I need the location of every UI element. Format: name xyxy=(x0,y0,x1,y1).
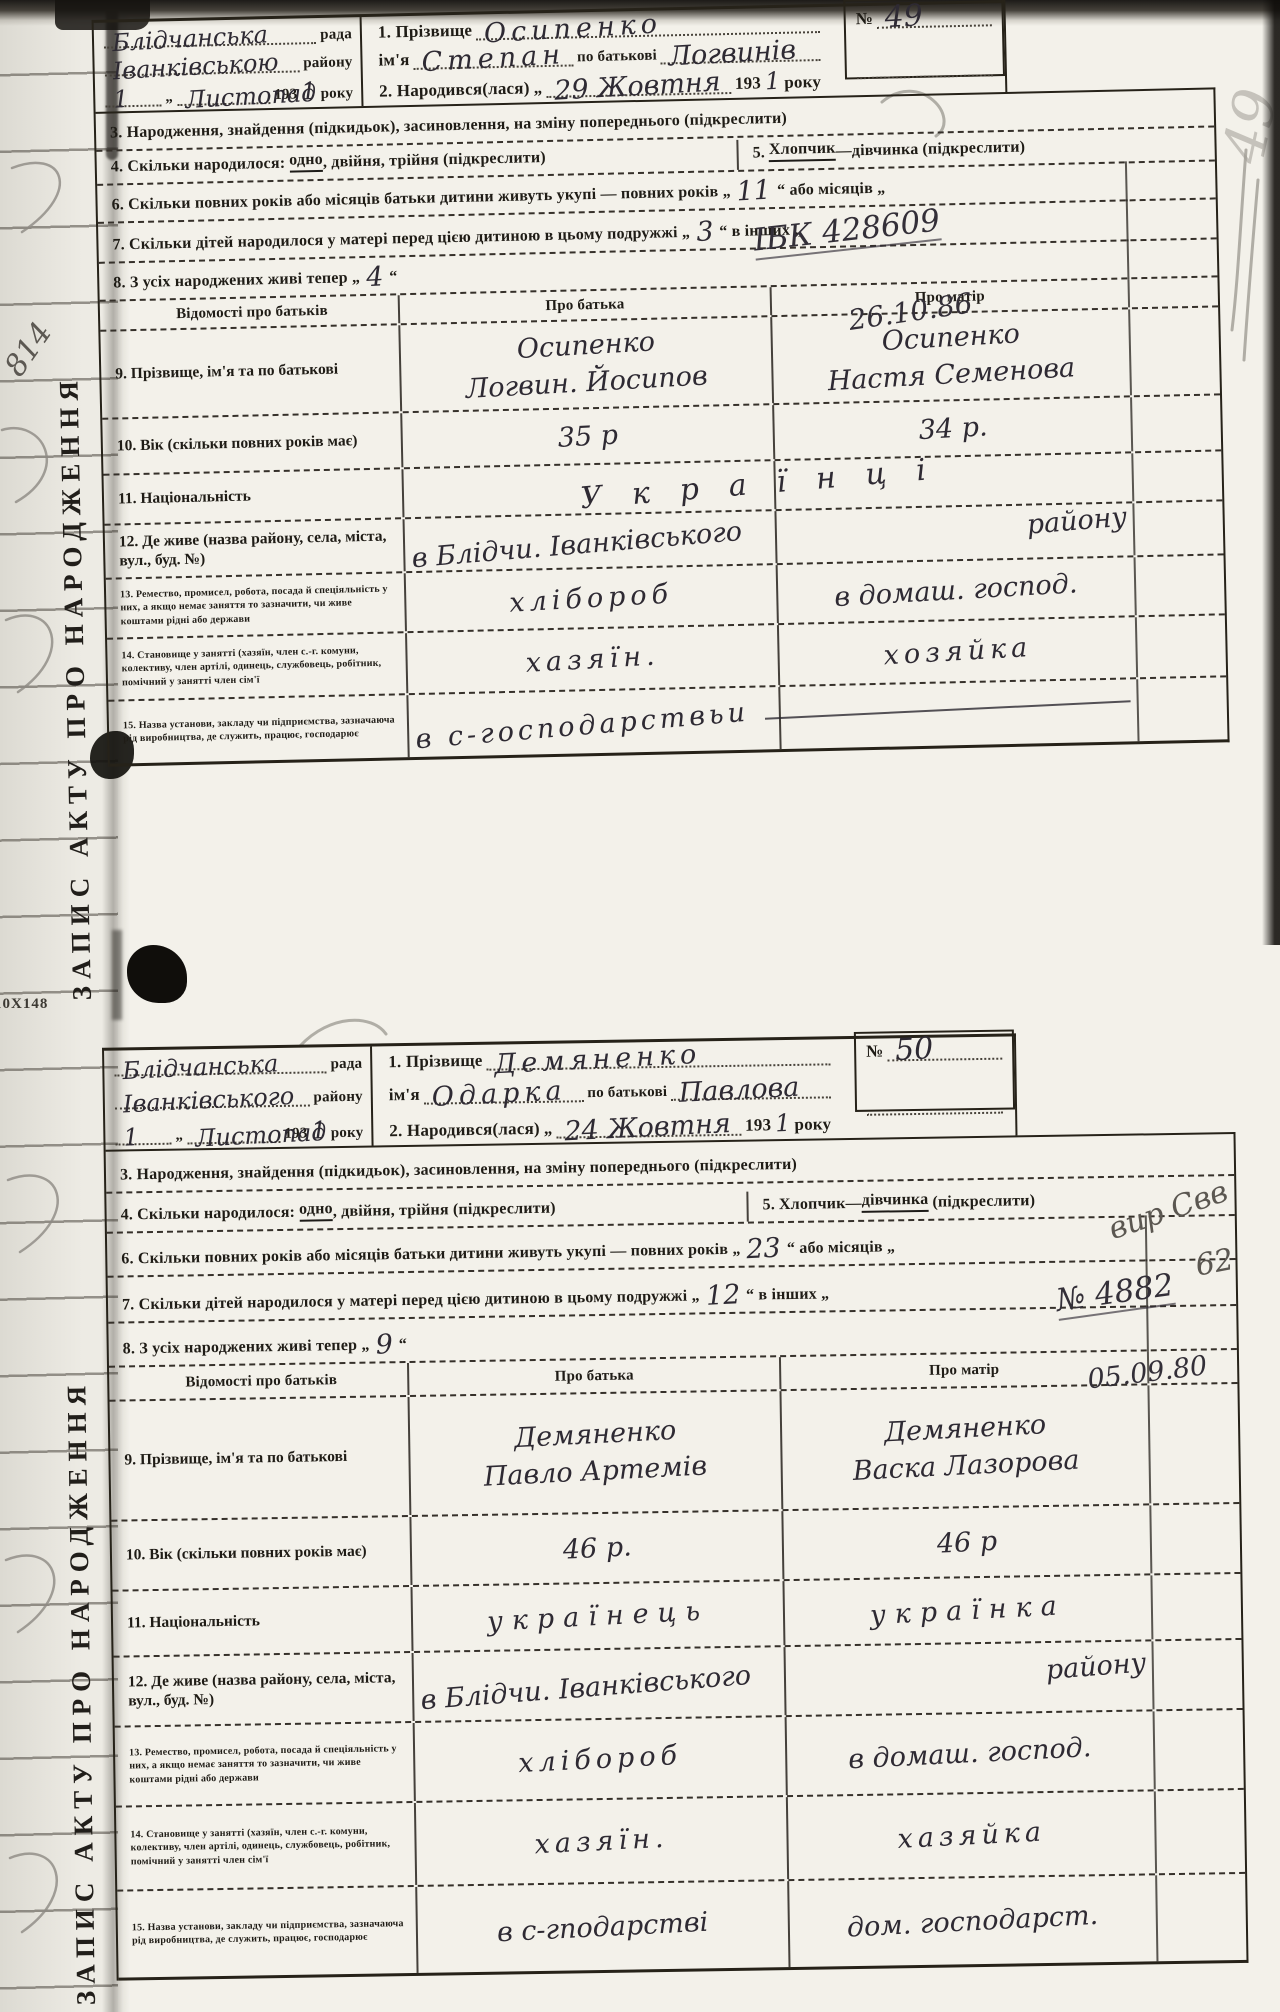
thead-info: Відомості про батьків xyxy=(185,1372,337,1391)
row-9-label: 9. Прізвище, ім'я та по батькові xyxy=(115,360,338,384)
scan-right-edge xyxy=(1262,0,1280,945)
residence-district-value: району xyxy=(1044,1649,1146,1684)
mother-age-value: 46 р xyxy=(936,1527,998,1557)
council-name-line: Блідчанська xyxy=(104,24,317,49)
row-11-label: 11. Національність xyxy=(127,1612,260,1633)
row-10-label: 10. Вік (скільки повних років має) xyxy=(126,1542,367,1565)
row-15-label: 15. Назва установи, закладу чи підприємс… xyxy=(132,1917,408,1948)
row-5-girl: дівчинка xyxy=(852,141,919,160)
thead-father: Про батька xyxy=(545,296,624,315)
printed-year-2: 193 xyxy=(735,73,762,94)
row-4-pre: 4. Скільки народилося: xyxy=(111,155,286,177)
mother-occupation-value: в домаш. господ. xyxy=(834,570,1078,611)
row-8-post: “ xyxy=(389,268,398,286)
district-name-value: Іванківського xyxy=(122,1083,294,1116)
row-12-label: 12. Де живе (назва району, села, міста, … xyxy=(119,526,396,571)
row-5-num: 5. xyxy=(762,1196,775,1214)
name-line: Одарка xyxy=(424,1082,584,1105)
name-line: Степан xyxy=(413,46,573,69)
act-number-line: 50 xyxy=(887,1040,1002,1062)
row-5-boy: Хлопчик xyxy=(779,1195,846,1214)
form-box: Блідчанська рада Іванківського району 1 … xyxy=(102,1030,1249,1981)
name-label: ім'я xyxy=(389,1084,420,1104)
mother-institution-value: дом. господарст. xyxy=(847,1901,1099,1941)
father-name-value: Павло Артемів xyxy=(483,1452,708,1490)
form-box: Блідчанська рада Іванківською району 1 „… xyxy=(92,0,1230,767)
row-5-num: 5. xyxy=(752,144,765,162)
surname-line: Демяненко xyxy=(486,1045,830,1070)
birth-date-line: 29 Жовтня xyxy=(546,74,731,98)
roku-label-2: року xyxy=(794,1114,831,1135)
council-label: рада xyxy=(330,1056,362,1073)
born-label: 2. Народився(лася) xyxy=(389,1119,540,1141)
row-5-girl-underlined: дівчинка xyxy=(862,1191,929,1213)
row-7-pre: 7. Скільки дітей народилося у матері пер… xyxy=(122,1287,700,1314)
reg-month-line: Листопад xyxy=(177,84,271,106)
act-number-box: № 50 xyxy=(854,1029,1015,1112)
years-together-value: 11 xyxy=(736,177,772,206)
row-4-one-underlined: одно xyxy=(289,151,323,173)
row-5-post: (підкреслити) xyxy=(922,139,1025,159)
reg-day-line: 1 xyxy=(115,1125,171,1146)
form-rows: 3. Народження, знайдення (підкидьок), за… xyxy=(106,1132,1249,1981)
years-together-value: 23 xyxy=(746,1235,782,1264)
act-number-value: 49 xyxy=(884,1,924,33)
council-name-line: Блідчанська xyxy=(114,1053,327,1076)
roku-label-2: року xyxy=(784,72,821,93)
father-occupation-value: хлібороб xyxy=(509,580,674,616)
father-age-value: 46 р. xyxy=(562,1533,632,1563)
born-label: 2. Народився(лася) xyxy=(379,78,530,101)
council-name-value: Блідчанська xyxy=(122,1051,279,1083)
roku-label: року xyxy=(320,85,353,103)
ink-blob-2 xyxy=(127,945,187,1003)
patronymic-label: по батькові xyxy=(587,1083,667,1101)
roku-label: року xyxy=(331,1125,364,1143)
row-3-label: 3. Народження, знайдення (підкидьок), за… xyxy=(120,1156,797,1185)
father-surname-value: Демяненко xyxy=(513,1417,676,1452)
row-6-mid: “ або місяців „ xyxy=(777,180,886,200)
father-occupation-value: хлібороб xyxy=(518,1741,683,1776)
row-9-label: 9. Прізвище, ім'я та по батькові xyxy=(124,1447,347,1470)
act-number-empty-line xyxy=(857,56,993,79)
row-14-label: 14. Становище у занятті (хазяїн, член с.… xyxy=(130,1824,407,1868)
mother-age-value: 34 р. xyxy=(918,413,988,444)
mother-nationality-value: українка xyxy=(869,1592,1066,1629)
birth-year-digit: 1 xyxy=(775,1111,791,1136)
row-8-pre: 8. З усіх народжених живі тепер „ xyxy=(113,269,360,292)
mother-occupation-value: в домаш. господ. xyxy=(848,1734,1092,1773)
district-name-line: Іванківського xyxy=(115,1086,310,1109)
row-14-label: 14. Становище у занятті (хазяїн, член с.… xyxy=(121,644,398,690)
child-name-block: 1. Прізвище Осипенко ім'я Степан по бать… xyxy=(362,7,834,106)
children-before-value: 3 xyxy=(695,218,714,246)
fold-dark-streak-2 xyxy=(112,930,122,1020)
row-10-label: 10. Вік (скільки повних років має) xyxy=(117,432,358,457)
row-15: 15. Назва установи, закладу чи підприємс… xyxy=(117,1872,1246,1978)
row-8-pre: 8. З усіх народжених живі тепер „ xyxy=(123,1337,370,1359)
father-institution-value: в с-гподарстві xyxy=(497,1908,710,1946)
alive-now-value: 4 xyxy=(365,263,384,291)
mother-position-value: хозяйка xyxy=(883,633,1033,668)
father-age-value: 35 р xyxy=(557,421,619,451)
father-position-value: хазяїн. xyxy=(525,642,660,677)
reg-month-line: Листопад xyxy=(187,1123,281,1144)
reg-month-value: Листопад xyxy=(184,81,316,112)
birth-date-value: 24 Жовтня xyxy=(564,1110,732,1145)
act-number-label: № xyxy=(856,9,874,29)
row-9: 9. Прізвище, ім'я та по батькові Демянен… xyxy=(110,1382,1240,1520)
mother-position-value: хазяйка xyxy=(897,1818,1047,1852)
form-header: Блідчанська рада Іванківського району 1 … xyxy=(104,1033,1017,1149)
alive-now-value: 9 xyxy=(375,1331,394,1359)
mother-name-value: Васка Лазорова xyxy=(852,1447,1080,1485)
child-surname-value: Демяненко xyxy=(494,1041,702,1078)
birth-year-digit: 1 xyxy=(764,69,781,94)
reg-day-value: 1 xyxy=(123,1125,139,1150)
surname-label: 1. Прізвище xyxy=(378,21,473,43)
mother-name-value: Настя Семенова xyxy=(827,354,1076,395)
row-5-post: (підкреслити) xyxy=(932,1192,1035,1212)
row-7-mid: “ в інших „ xyxy=(746,1285,830,1304)
row-6-pre: 6. Скільки повних років або місяців бать… xyxy=(121,1241,741,1269)
row-4-post: , двійня, трійня (підкреслити) xyxy=(323,149,546,172)
child-patronymic-value: Логвинів xyxy=(668,36,797,70)
thead-mother: Про матір xyxy=(929,1361,999,1379)
district-name-line: Іванківською xyxy=(104,52,299,76)
row-5-dash: — xyxy=(835,142,852,160)
patronymic-line: Логвинів xyxy=(661,41,821,64)
surname-label: 1. Прізвище xyxy=(388,1051,483,1072)
child-name-value: Одарка xyxy=(431,1077,567,1111)
month-quote: „ xyxy=(165,89,173,106)
act-number-line: 49 xyxy=(877,6,992,28)
row-13-label: 13. Ремество, промисел, робота, посада й… xyxy=(129,1742,406,1786)
row-4-pre: 4. Скільки народилося: xyxy=(120,1204,295,1225)
child-name-block: 1. Прізвище Демяненко ім'я Одарка по бат… xyxy=(372,1039,843,1145)
row-5-dash: — xyxy=(845,1195,861,1213)
act-number-value: 50 xyxy=(895,1034,935,1066)
council-block: Блідчанська рада Іванківського району 1 … xyxy=(104,1047,374,1150)
district-label: району xyxy=(313,1088,363,1106)
reg-day-line: 1 xyxy=(105,86,161,107)
thead-father: Про батька xyxy=(555,1367,634,1385)
patronymic-line: Павлова xyxy=(671,1078,831,1101)
month-quote: „ xyxy=(175,1128,183,1145)
name-label: ім'я xyxy=(378,49,409,70)
district-label: району xyxy=(303,54,353,72)
row-15-label: 15. Назва установи, закладу чи підприємс… xyxy=(123,713,400,745)
vertical-act-label: ЗАПИС АКТУ ПРО НАРОДЖЕННЯ xyxy=(56,1070,102,2005)
reg-year-digit: 1 xyxy=(301,79,318,104)
father-surname-value: Осипенко xyxy=(516,328,655,363)
act-number-box: № 49 xyxy=(843,0,1005,79)
act-number-label: № xyxy=(866,1042,884,1062)
reg-day-value: 1 xyxy=(113,87,130,112)
district-name-value: Іванківською xyxy=(112,49,279,82)
born-quote: „ xyxy=(533,78,542,98)
council-label: рада xyxy=(320,26,352,44)
row-12-label: 12. Де живе (назва району, села, міста, … xyxy=(128,1668,405,1711)
annotation-pencil-number: 62 xyxy=(1193,1245,1236,1282)
format-stamp: 10X148 xyxy=(0,996,48,1013)
father-nationality-value: українець xyxy=(486,1597,709,1635)
row-11-label: 11. Національність xyxy=(118,487,251,509)
row-8-post: “ xyxy=(399,1336,407,1354)
council-block: Блідчанська рада Іванківською району 1 „… xyxy=(94,17,364,112)
mother-surname-value: Демяненко xyxy=(883,1411,1046,1446)
act-number-empty-line xyxy=(867,1094,1003,1116)
father-name-value: Логвин. Йосипов xyxy=(465,362,708,403)
reg-year-digit: 1 xyxy=(311,1118,327,1143)
printed-year-2: 193 xyxy=(745,1115,771,1135)
row-4-post: , двійня, трійня (підкреслити) xyxy=(333,1200,556,1222)
father-position-value: хазяїн. xyxy=(534,1824,669,1858)
row-6-mid: “ або місяців „ xyxy=(787,1238,895,1258)
row-13-label: 13. Ремество, промисел, робота, посада й… xyxy=(120,583,397,629)
form-rows: 3. Народження, знайдення (підкидьок), за… xyxy=(96,87,1230,766)
child-patronymic-value: Павлова xyxy=(679,1073,801,1106)
scanned-birth-register-page: 814 10X148 49 ЗАПИС АКТУ ПРО НАРОДЖЕННЯ … xyxy=(0,0,1280,2012)
child-name-value: Степан xyxy=(421,41,566,76)
birth-record-form-49: ЗАПИС АКТУ ПРО НАРОДЖЕННЯ Блідчанська ра… xyxy=(28,0,1260,821)
row-4-one-underlined: одно xyxy=(299,1200,333,1222)
residence-district-value: району xyxy=(1025,504,1127,539)
birth-record-form-50: ЗАПИС АКТУ ПРО НАРОДЖЕННЯ Блідчанська ра… xyxy=(28,1030,1258,2009)
thead-info: Відомості про батьків xyxy=(176,302,328,322)
birth-date-line: 24 Жовтня xyxy=(556,1116,741,1139)
reg-month-value: Листопад xyxy=(195,1120,327,1151)
children-before-value: 12 xyxy=(705,1281,741,1310)
born-quote: „ xyxy=(544,1119,553,1139)
row-5-boy-underlined: Хлопчик xyxy=(769,140,836,162)
patronymic-label: по батькові xyxy=(577,47,657,66)
